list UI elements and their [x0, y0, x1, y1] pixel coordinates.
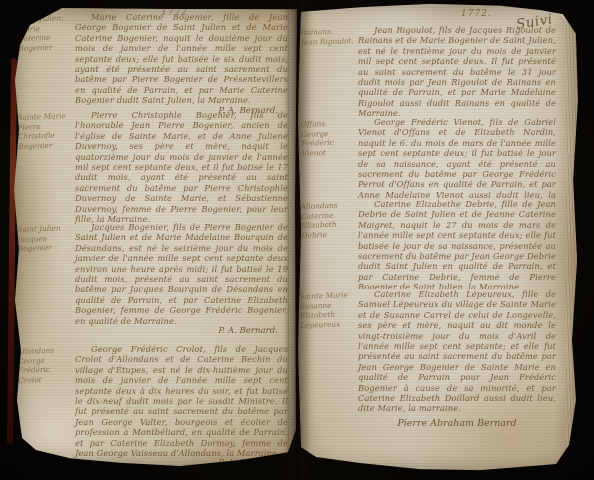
register-entry: Rainans. Jean Rigoulot. Jean Rigoulot, f…: [300, 25, 574, 119]
entry-text: Jacques Bogenier, fils de Pierre Bogenie…: [75, 222, 288, 326]
year-heading-right: 1772.: [461, 9, 492, 19]
entry-text: George Frédéric Crolot, fils de Jacques …: [75, 344, 288, 458]
entry-signature: P. A. Bernard.: [75, 458, 288, 462]
right-page: 1772. 11 Suivi Rainans. Jean Rigoulot. J…: [296, 3, 579, 471]
register-entry: Sainte Marie Pierre Christofle Bogenier …: [17, 110, 292, 224]
entry-text: Caterine Elizabeth Lépeureux, fille de S…: [358, 289, 556, 414]
register-entry: Saint Julien; Marie Caterine Bogenier Ma…: [17, 12, 292, 118]
entry-text: George Frédéric Vienot, fils de Gabriel …: [358, 117, 556, 199]
entry-signature: P. A. Bernard.: [75, 326, 288, 336]
entry-text: Pierre Christophle Bogenier, fils de l'h…: [75, 110, 288, 224]
register-entry: Saint Julien Jacques Bogenier Jacques Bo…: [17, 222, 292, 340]
register-entry: Allondans Caterine Elizabeth Debrie Cate…: [300, 199, 574, 289]
margin-note: Allondans George Frédéric Crolot: [17, 344, 77, 462]
entry-text: Jean Rigoulot, fils de Jacques Rigoulot …: [358, 25, 556, 119]
margin-note: Saint Julien Jacques Bogenier: [17, 222, 77, 340]
register-entry: Sainte Marie Susanne Elizabeth Lépeureux…: [300, 289, 574, 457]
entry-text: Caterine Elizabethe Debrie, fille de Jea…: [358, 199, 556, 289]
manuscript-scan: 1772 Saint Julien; Marie Caterine Bogeni…: [0, 0, 594, 480]
page-number: 11: [545, 3, 555, 12]
pastor-signature: Pierre Abraham Bernard: [358, 414, 556, 429]
red-binding-edge: [7, 58, 17, 444]
register-entry: Offans. George Frédéric Vienot George Fr…: [300, 117, 574, 199]
margin-note: Rainans. Jean Rigoulot.: [300, 25, 360, 119]
margin-note: Saint Julien; Marie Caterine Bogenier: [17, 12, 77, 118]
margin-note: Sainte Marie Susanne Elizabeth Lépeureux: [300, 289, 361, 457]
margin-note: Allondans Caterine Elizabeth Debrie: [300, 199, 360, 289]
entry-text: Marie Caterine Bogenier, fille de Jean G…: [75, 12, 288, 106]
margin-note: Sainte Marie Pierre Christofle Bogenier: [17, 110, 77, 224]
left-page: 1772 Saint Julien; Marie Caterine Bogeni…: [13, 8, 297, 466]
margin-note: Offans. George Frédéric Vienot: [300, 117, 359, 199]
register-entry: Allondans George Frédéric Crolot George …: [17, 344, 292, 462]
